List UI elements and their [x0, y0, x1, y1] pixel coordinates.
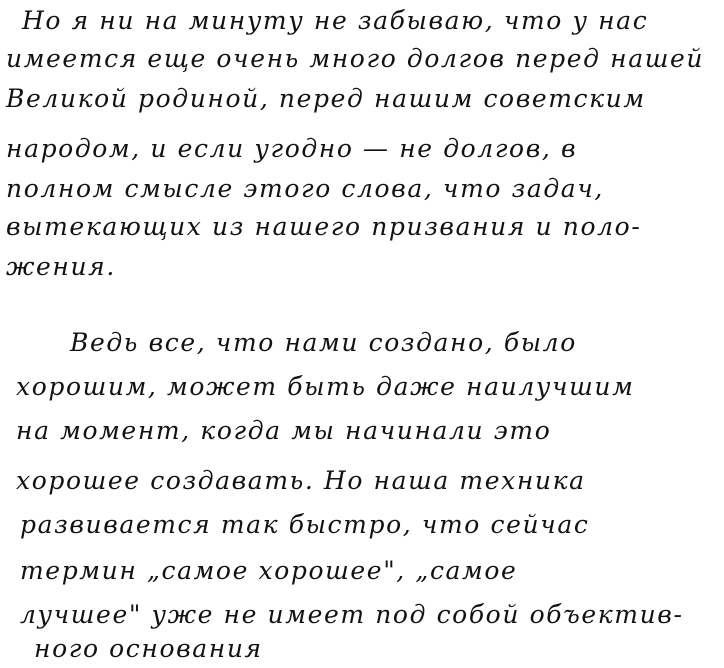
- text-line: жения.: [6, 254, 116, 279]
- text-line: хорошее создавать. Но наша техника: [16, 468, 586, 493]
- text-line: ного основания: [34, 636, 263, 661]
- text-line: полном смысле этого слова, что задач,: [6, 176, 604, 201]
- text-line: Ведь все, что нами создано, было: [70, 330, 577, 355]
- text-line: хорошим, может быть даже наилучшим: [16, 374, 634, 399]
- text-line: имеется еще очень много долгов перед наш…: [6, 46, 704, 71]
- text-line: Великой родиной, перед нашим советским: [6, 86, 646, 111]
- text-line: лучшее" уже не имеет под собой объектив-: [20, 602, 684, 627]
- text-line: на момент, когда мы начинали это: [16, 418, 551, 443]
- text-line: народом, и если угодно — не долгов, в: [6, 136, 577, 161]
- text-line: развивается так быстро, что сейчас: [20, 512, 589, 537]
- text-line: термин „самое хорошее", „самое: [20, 558, 517, 583]
- handwritten-letter-page: Но я ни на минуту не забываю, что у нас …: [0, 0, 724, 668]
- text-line: Но я ни на минуту не забываю, что у нас: [22, 8, 712, 33]
- text-line: вытекающих из нашего призвания и поло-: [6, 214, 641, 239]
